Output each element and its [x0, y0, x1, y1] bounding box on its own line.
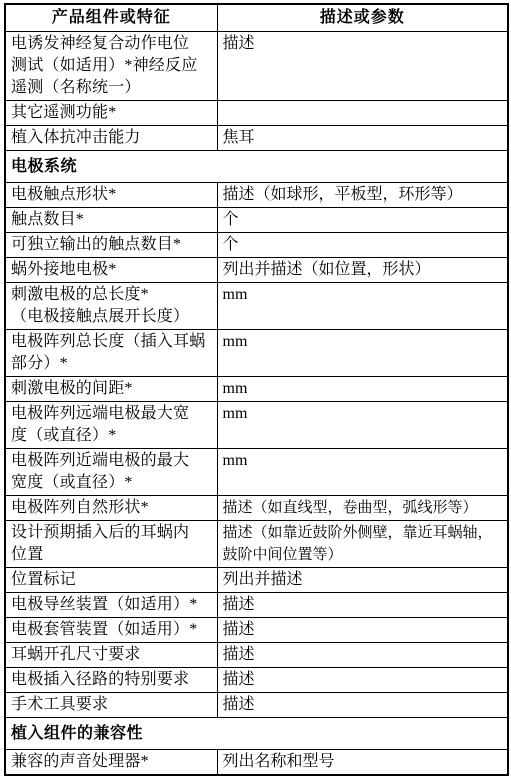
table-row: 电极阵列自然形状*描述（如直线型，卷曲型，弧线形等）	[5, 496, 508, 521]
document-page: 产品组件或特征 描述或参数 电诱发神经复合动作电位 测试（如适用）*神经反应 遥…	[0, 0, 511, 779]
feature-cell: 可独立输出的触点数目*	[5, 233, 217, 258]
feature-cell: 耳蜗开孔尺寸要求	[5, 643, 217, 668]
table-row: 电极导丝装置（如适用）*描述	[5, 593, 508, 618]
table-row: 电极阵列远端电极最大宽 度（或直径）*mm	[5, 402, 508, 449]
feature-cell: 其它遥测功能*	[5, 101, 217, 126]
value-cell: 描述（如直线型，卷曲型，弧线形等）	[217, 496, 508, 521]
feature-cell: 电极插入径路的特别要求	[5, 668, 217, 693]
value-cell: 描述（如球形，平板型，环形等）	[217, 183, 508, 208]
feature-cell: 电极阵列近端电极的最大 宽度（或直径）*	[5, 449, 217, 496]
section-row: 植入组件的兼容性	[5, 718, 508, 750]
table-row: 电极触点形状*描述（如球形，平板型，环形等）	[5, 183, 508, 208]
feature-cell: 兼容的声音处理器*	[5, 750, 217, 776]
value-cell: mm	[217, 283, 508, 330]
table-row: 电极套管装置（如适用）*描述	[5, 618, 508, 643]
value-cell: mm	[217, 402, 508, 449]
table-row: 蜗外接地电极*列出并描述（如位置，形状）	[5, 258, 508, 283]
table-row: 可独立输出的触点数目*个	[5, 233, 508, 258]
table-row: 耳蜗开孔尺寸要求描述	[5, 643, 508, 668]
value-cell: 列出名称和型号	[217, 750, 508, 776]
feature-cell: 手术工具要求	[5, 693, 217, 718]
table-row: 位置标记列出并描述	[5, 568, 508, 593]
table-row: 电极插入径路的特别要求描述	[5, 668, 508, 693]
table-row: 其它遥测功能*	[5, 101, 508, 126]
table-row: 植入体抗冲击能力焦耳	[5, 126, 508, 151]
column-header-value: 描述或参数	[217, 4, 508, 32]
feature-cell: 蜗外接地电极*	[5, 258, 217, 283]
feature-cell: 电极触点形状*	[5, 183, 217, 208]
feature-cell: 触点数目*	[5, 208, 217, 233]
value-cell	[217, 101, 508, 126]
value-cell: mm	[217, 377, 508, 402]
column-header-feature: 产品组件或特征	[5, 4, 217, 32]
value-cell: 描述	[217, 32, 508, 101]
table-row: 刺激电极的间距*mm	[5, 377, 508, 402]
table-body: 电诱发神经复合动作电位 测试（如适用）*神经反应 遥测（名称统一）描述其它遥测功…	[5, 32, 508, 776]
feature-cell: 刺激电极的总长度* （电极接触点展开长度）	[5, 283, 217, 330]
spec-table: 产品组件或特征 描述或参数 电诱发神经复合动作电位 测试（如适用）*神经反应 遥…	[4, 3, 509, 776]
table-row: 触点数目*个	[5, 208, 508, 233]
section-title: 电极系统	[5, 151, 508, 183]
value-cell: mm	[217, 330, 508, 377]
feature-cell: 位置标记	[5, 568, 217, 593]
value-cell: 描述	[217, 693, 508, 718]
value-cell: 描述（如靠近鼓阶外侧壁，靠近耳蜗轴， 鼓阶中间位置等）	[217, 521, 508, 568]
value-cell: 列出并描述（如位置，形状）	[217, 258, 508, 283]
table-row: 电极阵列近端电极的最大 宽度（或直径）*mm	[5, 449, 508, 496]
value-cell: 描述	[217, 593, 508, 618]
value-cell: 描述	[217, 618, 508, 643]
table-row: 电极阵列总长度（插入耳蜗 部分）*mm	[5, 330, 508, 377]
feature-cell: 刺激电极的间距*	[5, 377, 217, 402]
value-cell: mm	[217, 449, 508, 496]
feature-cell: 植入体抗冲击能力	[5, 126, 217, 151]
value-cell: 个	[217, 233, 508, 258]
section-row: 电极系统	[5, 151, 508, 183]
feature-cell: 电极套管装置（如适用）*	[5, 618, 217, 643]
value-cell: 描述	[217, 643, 508, 668]
table-row: 电诱发神经复合动作电位 测试（如适用）*神经反应 遥测（名称统一）描述	[5, 32, 508, 101]
table-row: 手术工具要求描述	[5, 693, 508, 718]
table-row: 兼容的声音处理器*列出名称和型号	[5, 750, 508, 776]
value-cell: 焦耳	[217, 126, 508, 151]
feature-cell: 电极阵列总长度（插入耳蜗 部分）*	[5, 330, 217, 377]
table-row: 设计预期插入后的耳蜗内 位置描述（如靠近鼓阶外侧壁，靠近耳蜗轴， 鼓阶中间位置等…	[5, 521, 508, 568]
section-title: 植入组件的兼容性	[5, 718, 508, 750]
feature-cell: 电极阵列自然形状*	[5, 496, 217, 521]
table-header-row: 产品组件或特征 描述或参数	[5, 4, 508, 32]
feature-cell: 电诱发神经复合动作电位 测试（如适用）*神经反应 遥测（名称统一）	[5, 32, 217, 101]
value-cell: 个	[217, 208, 508, 233]
feature-cell: 设计预期插入后的耳蜗内 位置	[5, 521, 217, 568]
value-cell: 描述	[217, 668, 508, 693]
value-cell: 列出并描述	[217, 568, 508, 593]
feature-cell: 电极导丝装置（如适用）*	[5, 593, 217, 618]
feature-cell: 电极阵列远端电极最大宽 度（或直径）*	[5, 402, 217, 449]
table-row: 刺激电极的总长度* （电极接触点展开长度）mm	[5, 283, 508, 330]
